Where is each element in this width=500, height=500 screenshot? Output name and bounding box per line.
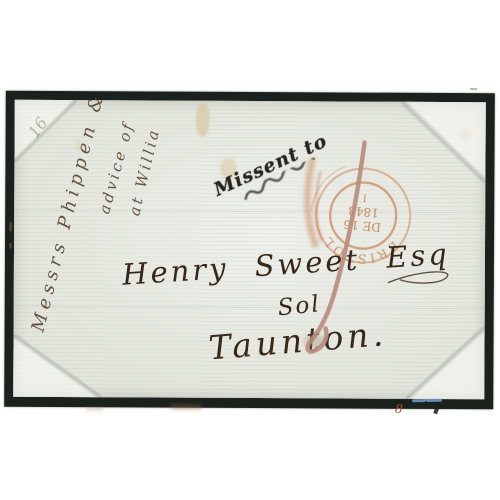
address-line2: Sol	[277, 291, 322, 321]
blue-paper-sliver	[412, 399, 442, 403]
fold-crease	[14, 306, 485, 310]
ink-speck	[482, 400, 484, 405]
photo-corner-bottom-left	[13, 335, 101, 397]
ink-speck	[425, 401, 427, 405]
datestamp-code: I	[362, 192, 367, 203]
edge-dash	[470, 88, 477, 90]
address-name: Henry Sweet Esq	[121, 237, 451, 292]
toning-stain	[460, 128, 472, 142]
datestamp-year: 1848	[348, 203, 380, 220]
toning-stain	[196, 103, 210, 137]
docket-number: 16	[24, 114, 51, 142]
address-town: Taunton.	[207, 314, 388, 367]
edge-smudge	[86, 407, 104, 411]
photo-of-postal-cover: 16 Messrs Phippen & advice of at Willia …	[0, 0, 500, 500]
mat-speck	[9, 222, 12, 232]
album-mat: 16 Messrs Phippen & advice of at Willia …	[4, 91, 495, 410]
edge-smudge	[170, 404, 202, 410]
letter-sheet: 16 Messrs Phippen & advice of at Willia …	[13, 100, 486, 399]
mat-speck	[9, 243, 12, 249]
edge-mark-red: 8	[394, 402, 404, 417]
photo-corner-bottom-right	[406, 327, 484, 399]
ink-speck	[477, 401, 479, 406]
